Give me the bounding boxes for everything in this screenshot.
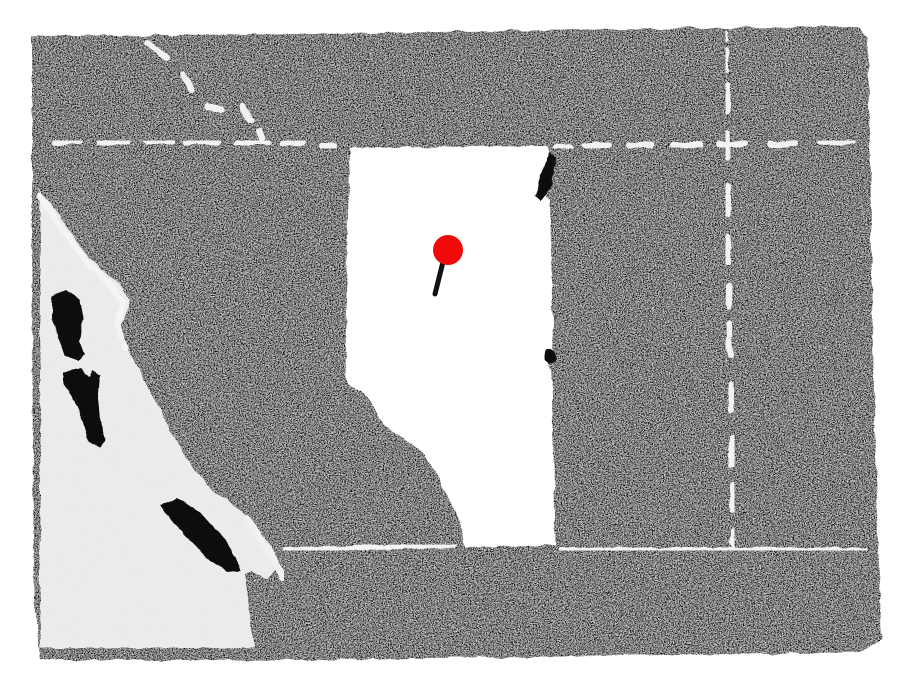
map-canvas <box>0 0 906 680</box>
pin-head <box>433 235 463 265</box>
map-illustration: Map of Western Canada with Alberta highl… <box>0 0 906 680</box>
